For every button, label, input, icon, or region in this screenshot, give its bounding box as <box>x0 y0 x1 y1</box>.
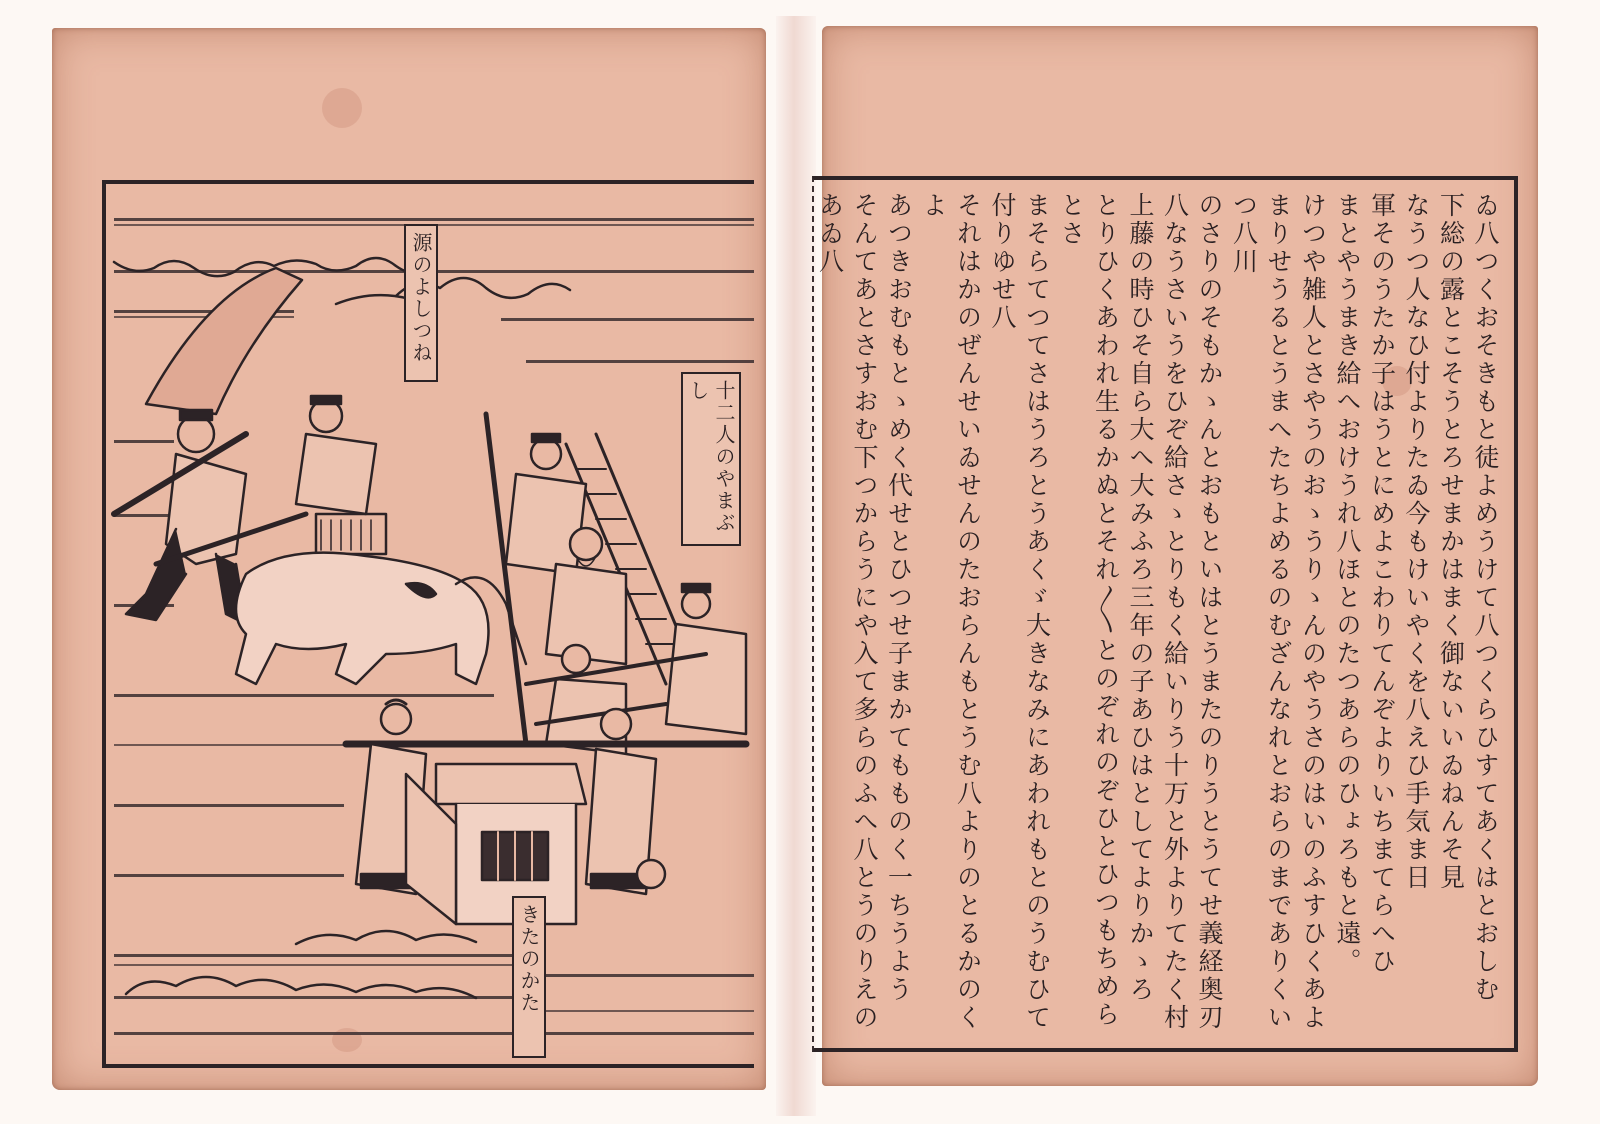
text-column: まそらてつてさはうろとうあくゞ大きなみにあわれもとのうむひて付りゆせ八 <box>985 192 1054 1038</box>
cartouche-yoshitsune: 源のよしつね <box>404 224 438 382</box>
text-body: ゐ八つくおそきもと徒よめうけて八つくらひすてあくはとおしむ 下総の露とこそうとろ… <box>816 188 1508 1042</box>
text-column: 下総の露とこそうとろせまかはまく御ないいゐねんそ見 <box>1433 192 1468 1038</box>
text-column: のさりのそもかゝんとおもといはとうまたのりうとうてせ義経奥刃 <box>1192 192 1227 1038</box>
text-frame: ゐ八つくおそきもと徒よめうけて八つくらひすてあくはとおしむ 下総の露とこそうとろ… <box>812 176 1518 1052</box>
text-column: ゐ八つくおそきもと徒よめうけて八つくらひすてあくはとおしむ <box>1468 192 1503 1038</box>
paper-stain <box>322 88 362 128</box>
left-page-illustration: 源のよしつね 十二人のやまぶし きたのかた <box>52 28 766 1090</box>
text-column: あつきおむもとゝめく代せとひつせ子まかてもものく一ちうよう <box>881 192 916 1038</box>
text-column: まりせうるとうまへたちよめるのむざんなれとおらのまでありくいつ八川 <box>1226 192 1295 1038</box>
text-column: 軍そのうたか子はうとにめよこわりてんぞよりいちまてらへひ <box>1364 192 1399 1038</box>
cartouche-kitanokata: きたのかた <box>512 896 546 1058</box>
text-column: とりひくあわれ生るかぬとそれ〳〵とのぞれのぞひとひつもちめらとさ <box>1054 192 1123 1038</box>
cartouche-yamabushi: 十二人のやまぶし <box>681 372 741 546</box>
text-column: まとやうまき給へおけうれ八ほとのたつあらのひょろもと遠。 <box>1330 192 1365 1038</box>
text-column: そんてあとさすおむ下つからうにや入て多らのふへ八とうのりえのあゐ八 <box>816 192 881 1038</box>
text-column: それはかのぜんせいゐせんのたおらんもとうむ八よりのとるかのくよ <box>916 192 985 1038</box>
text-column: 上藤の時ひそ自ら大へ大みふろ三年の子あひはとしてよりかゝろ <box>1123 192 1158 1038</box>
text-column: 八なうさいうをひぞ給さゝとりもく給いりう十万と外よりてたく村 <box>1157 192 1192 1038</box>
text-column: けつや雑人とさやうのおゝうりゝんのやうさのはいのふすひくあよ <box>1295 192 1330 1038</box>
illustration-frame: 源のよしつね 十二人のやまぶし きたのかた <box>102 180 754 1068</box>
right-page-text: ゐ八つくおそきもと徒よめうけて八つくらひすてあくはとおしむ 下総の露とこそうとろ… <box>822 26 1538 1086</box>
text-column: なうつ人なひ付よりたゐ今もけいやくを八えひ手気ま日 <box>1399 192 1434 1038</box>
book-gutter <box>776 16 816 1116</box>
